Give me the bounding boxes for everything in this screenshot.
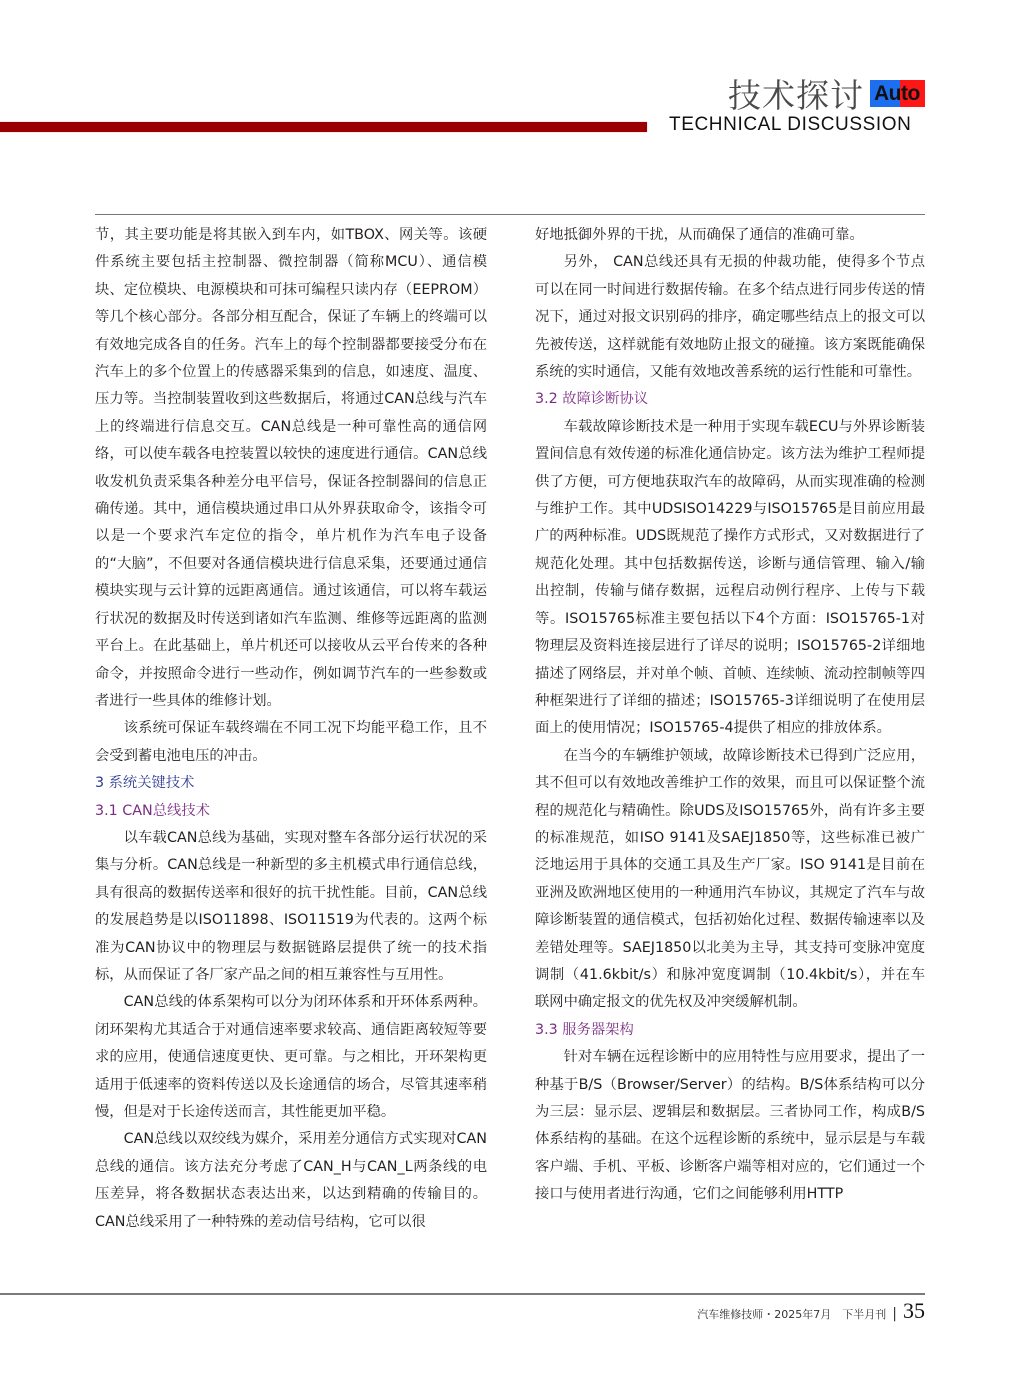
paragraph: CAN总线的体系架构可以分为闭环体系和开环体系两种。闭环架构尤其适合于对通信速率… [95,989,487,1126]
top-divider [95,214,925,215]
subsection-heading: 3.1 CAN总线技术 [95,798,487,825]
right-column: 好地抵御外界的干扰，从而确保了通信的准确可靠。 另外， CAN总线还具有无损的仲… [535,222,925,1209]
header-red-bar [0,122,647,132]
page-number: 35 [903,1298,925,1324]
paragraph: 好地抵御外界的干扰，从而确保了通信的准确可靠。 [535,222,925,249]
paragraph: 在当今的车辆维护领域，故障诊断技术已得到广泛应用，其不但可以有效地改善维护工作的… [535,743,925,1017]
section-title-en: TECHNICAL DISCUSSION [669,114,912,136]
paragraph: 车载故障诊断技术是一种用于实现车载ECU与外界诊断装置间信息有效传递的标准化通信… [535,414,925,743]
paragraph: 另外， CAN总线还具有无损的仲裁功能，使得多个节点可以在同一时间进行数据传输。… [535,249,925,386]
paragraph: 针对车辆在远程诊断中的应用特性与应用要求，提出了一种基于B/S（Browser/… [535,1044,925,1208]
page-footer: 汽车维修技师・2025年7月 下半月刊 | 35 [697,1298,925,1324]
paragraph: 节，其主要功能是将其嵌入到车内，如TBOX、网关等。该硬件系统主要包括主控制器、… [95,222,487,715]
logo-text: Auto [874,81,920,106]
section-title-cn: 技术探讨 [728,76,864,116]
footer-separator: | [892,1306,897,1322]
footer-divider [0,1293,925,1295]
left-column: 节，其主要功能是将其嵌入到车内，如TBOX、网关等。该硬件系统主要包括主控制器、… [95,222,487,1236]
paragraph: 以车载CAN总线为基础，实现对整车各部分运行状况的采集与分析。CAN总线是一种新… [95,825,487,989]
subsection-heading: 3.2 故障诊断协议 [535,386,925,413]
auto-logo: Auto [870,80,925,107]
subsection-heading: 3.3 服务器架构 [535,1017,925,1044]
section-heading: 3 系统关键技术 [95,770,487,797]
paragraph: 该系统可保证车载终端在不同工况下均能平稳工作，且不会受到蓄电池电压的冲击。 [95,715,487,770]
paragraph: CAN总线以双绞线为媒介，采用差分通信方式实现对CAN总线的通信。该方法充分考虑… [95,1126,487,1236]
journal-info: 汽车维修技师・2025年7月 下半月刊 [697,1306,886,1322]
